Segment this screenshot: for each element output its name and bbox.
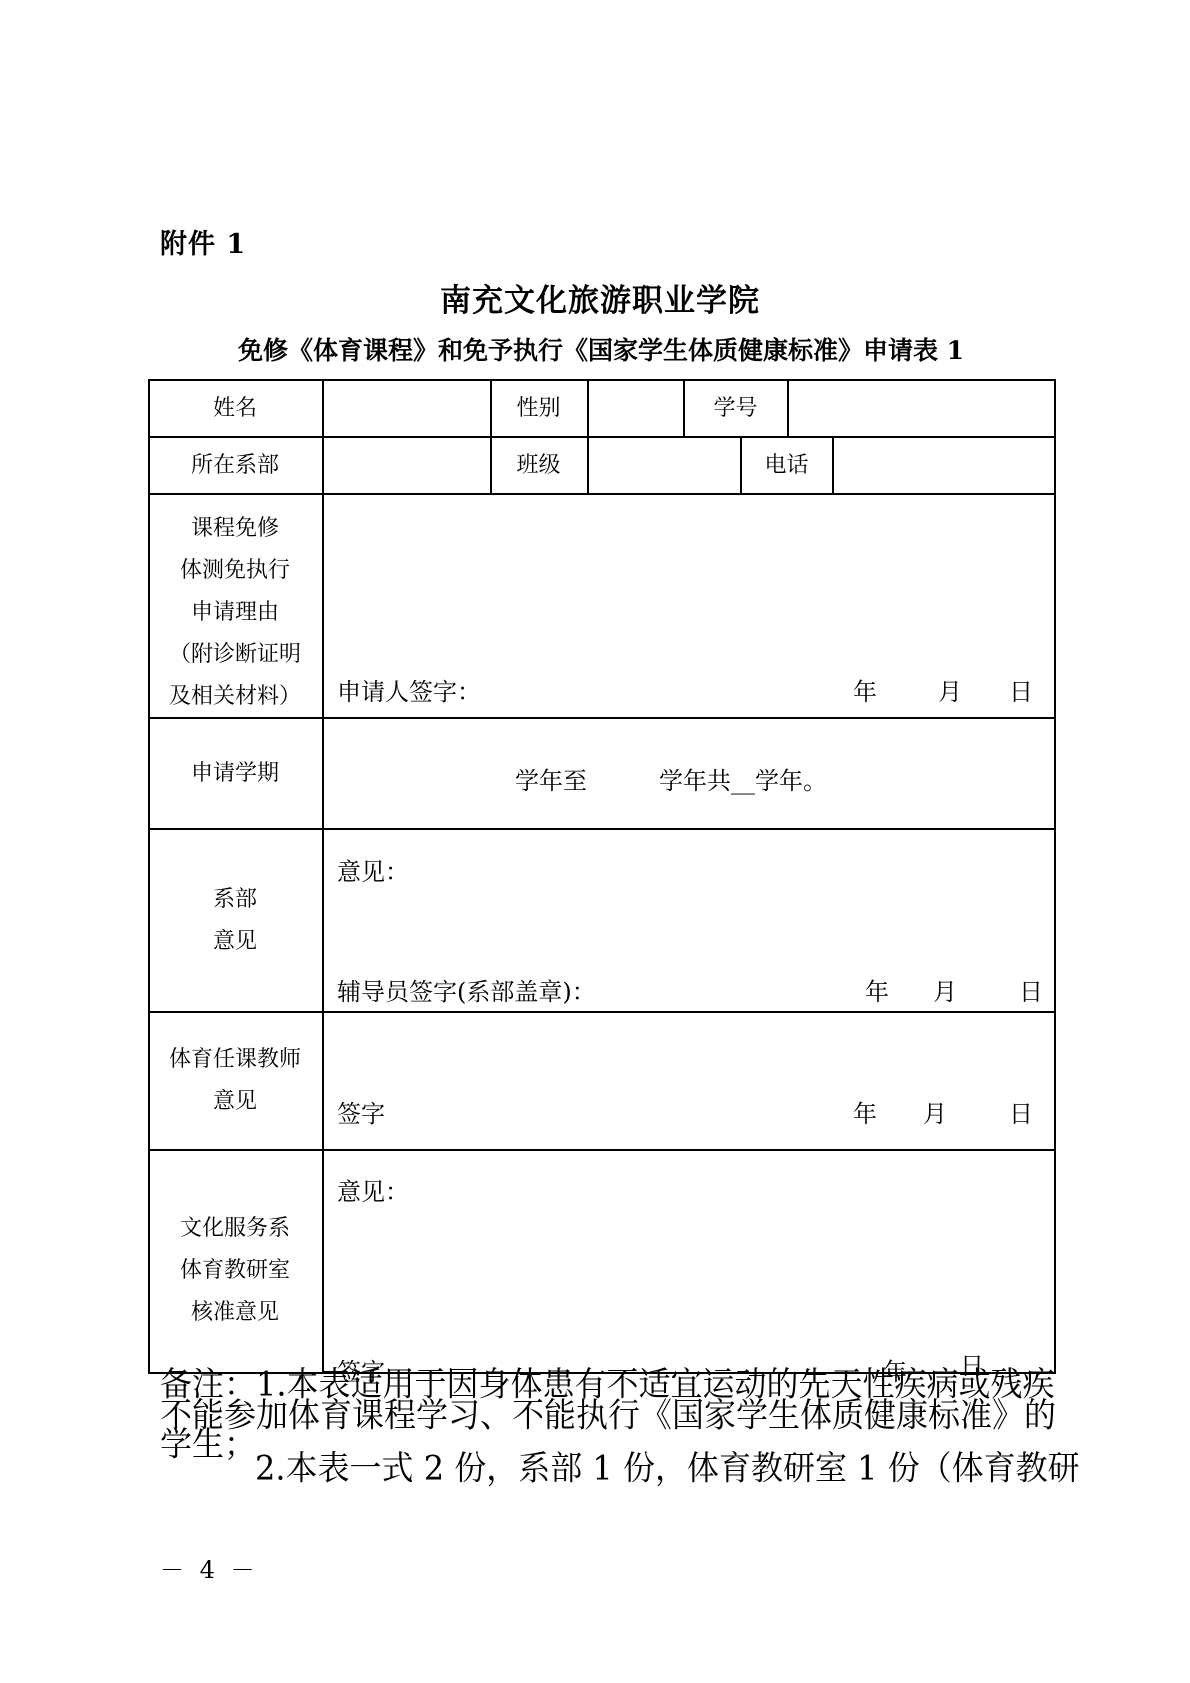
reason-date-month: 月 [938,672,962,707]
note-line-3: 学生； [160,1427,256,1461]
reason-label-line: 课程免修 [191,508,279,550]
reason-label-line: 及相关材料） [169,676,301,718]
reason-date-day: 日 [1009,672,1033,707]
pe-office-label-line: 体育教研室 [180,1250,290,1292]
pe-teacher-label-line: 体育任课教师 [169,1039,301,1081]
reason-date-year: 年 [853,672,877,707]
class-field[interactable] [588,437,740,494]
pe-office-label-line: 核准意见 [191,1292,279,1334]
pe-teacher-signature-label: 签字 [337,1094,385,1129]
department-opinion-label-line: 系部 [213,879,257,921]
institution-title: 南充文化旅游职业学院 [0,275,1190,320]
name-field[interactable] [323,380,490,437]
reason-label-line: 申请理由 [191,592,279,634]
department-date-year: 年 [865,972,889,1007]
department-date-day: 日 [1019,972,1043,1007]
student-id-label: 学号 [684,380,787,437]
term-label: 申请学期 [148,718,322,829]
applicant-signature-label: 申请人签字： [337,672,481,707]
department-date-month: 月 [933,972,957,1007]
department-opinion-prompt: 意见： [337,852,409,887]
pe-teacher-label-line: 意见 [213,1081,257,1123]
page-number: － 4 － [160,1550,259,1585]
pe-office-opinion-prompt: 意见： [337,1172,409,1207]
note-line-2: 不能参加体育课程学习、不能执行《国家学生体质健康标准》的 [160,1398,1056,1432]
pe-office-label-line: 文化服务系 [180,1208,290,1250]
pe-office-opinion-label: 文化服务系 体育教研室 核准意见 [148,1208,322,1338]
reason-label: 课程免修 体测免执行 申请理由 （附诊断证明 及相关材料） [148,508,322,718]
phone-label: 电话 [741,437,832,494]
counselor-signature-label: 辅导员签字(系部盖章)： [337,972,596,1007]
department-opinion-label: 系部 意见 [148,829,322,1012]
department-opinion-label-line: 意见 [213,921,257,963]
department-label: 所在系部 [148,437,322,494]
term-text: 学年至 学年共__学年。 [515,761,827,796]
label-column-divider [322,379,324,1374]
attachment-label: 附件 1 [160,222,246,261]
form-title: 免修《体育课程》和免予执行《国家学生体质健康标准》申请表 1 [0,331,1190,367]
name-label: 姓名 [148,380,322,437]
phone-field[interactable] [833,437,1054,494]
note-line-4: 2.本表一式 2 份，系部 1 份，体育教研室 1 份（体育教研 [255,1451,1080,1485]
pe-teacher-opinion-label: 体育任课教师 意见 [148,1012,322,1150]
reason-label-line: 体测免执行 [180,550,290,592]
class-label: 班级 [490,437,587,494]
pe-teacher-date-day: 日 [1009,1094,1033,1129]
gender-label: 性别 [490,380,587,437]
department-field[interactable] [323,437,490,494]
pe-teacher-date-month: 月 [923,1094,947,1129]
pe-teacher-date-year: 年 [853,1094,877,1129]
student-id-field[interactable] [788,380,1054,437]
reason-label-line: （附诊断证明 [169,634,301,676]
table-border-right [1054,379,1056,1374]
gender-field[interactable] [588,380,683,437]
